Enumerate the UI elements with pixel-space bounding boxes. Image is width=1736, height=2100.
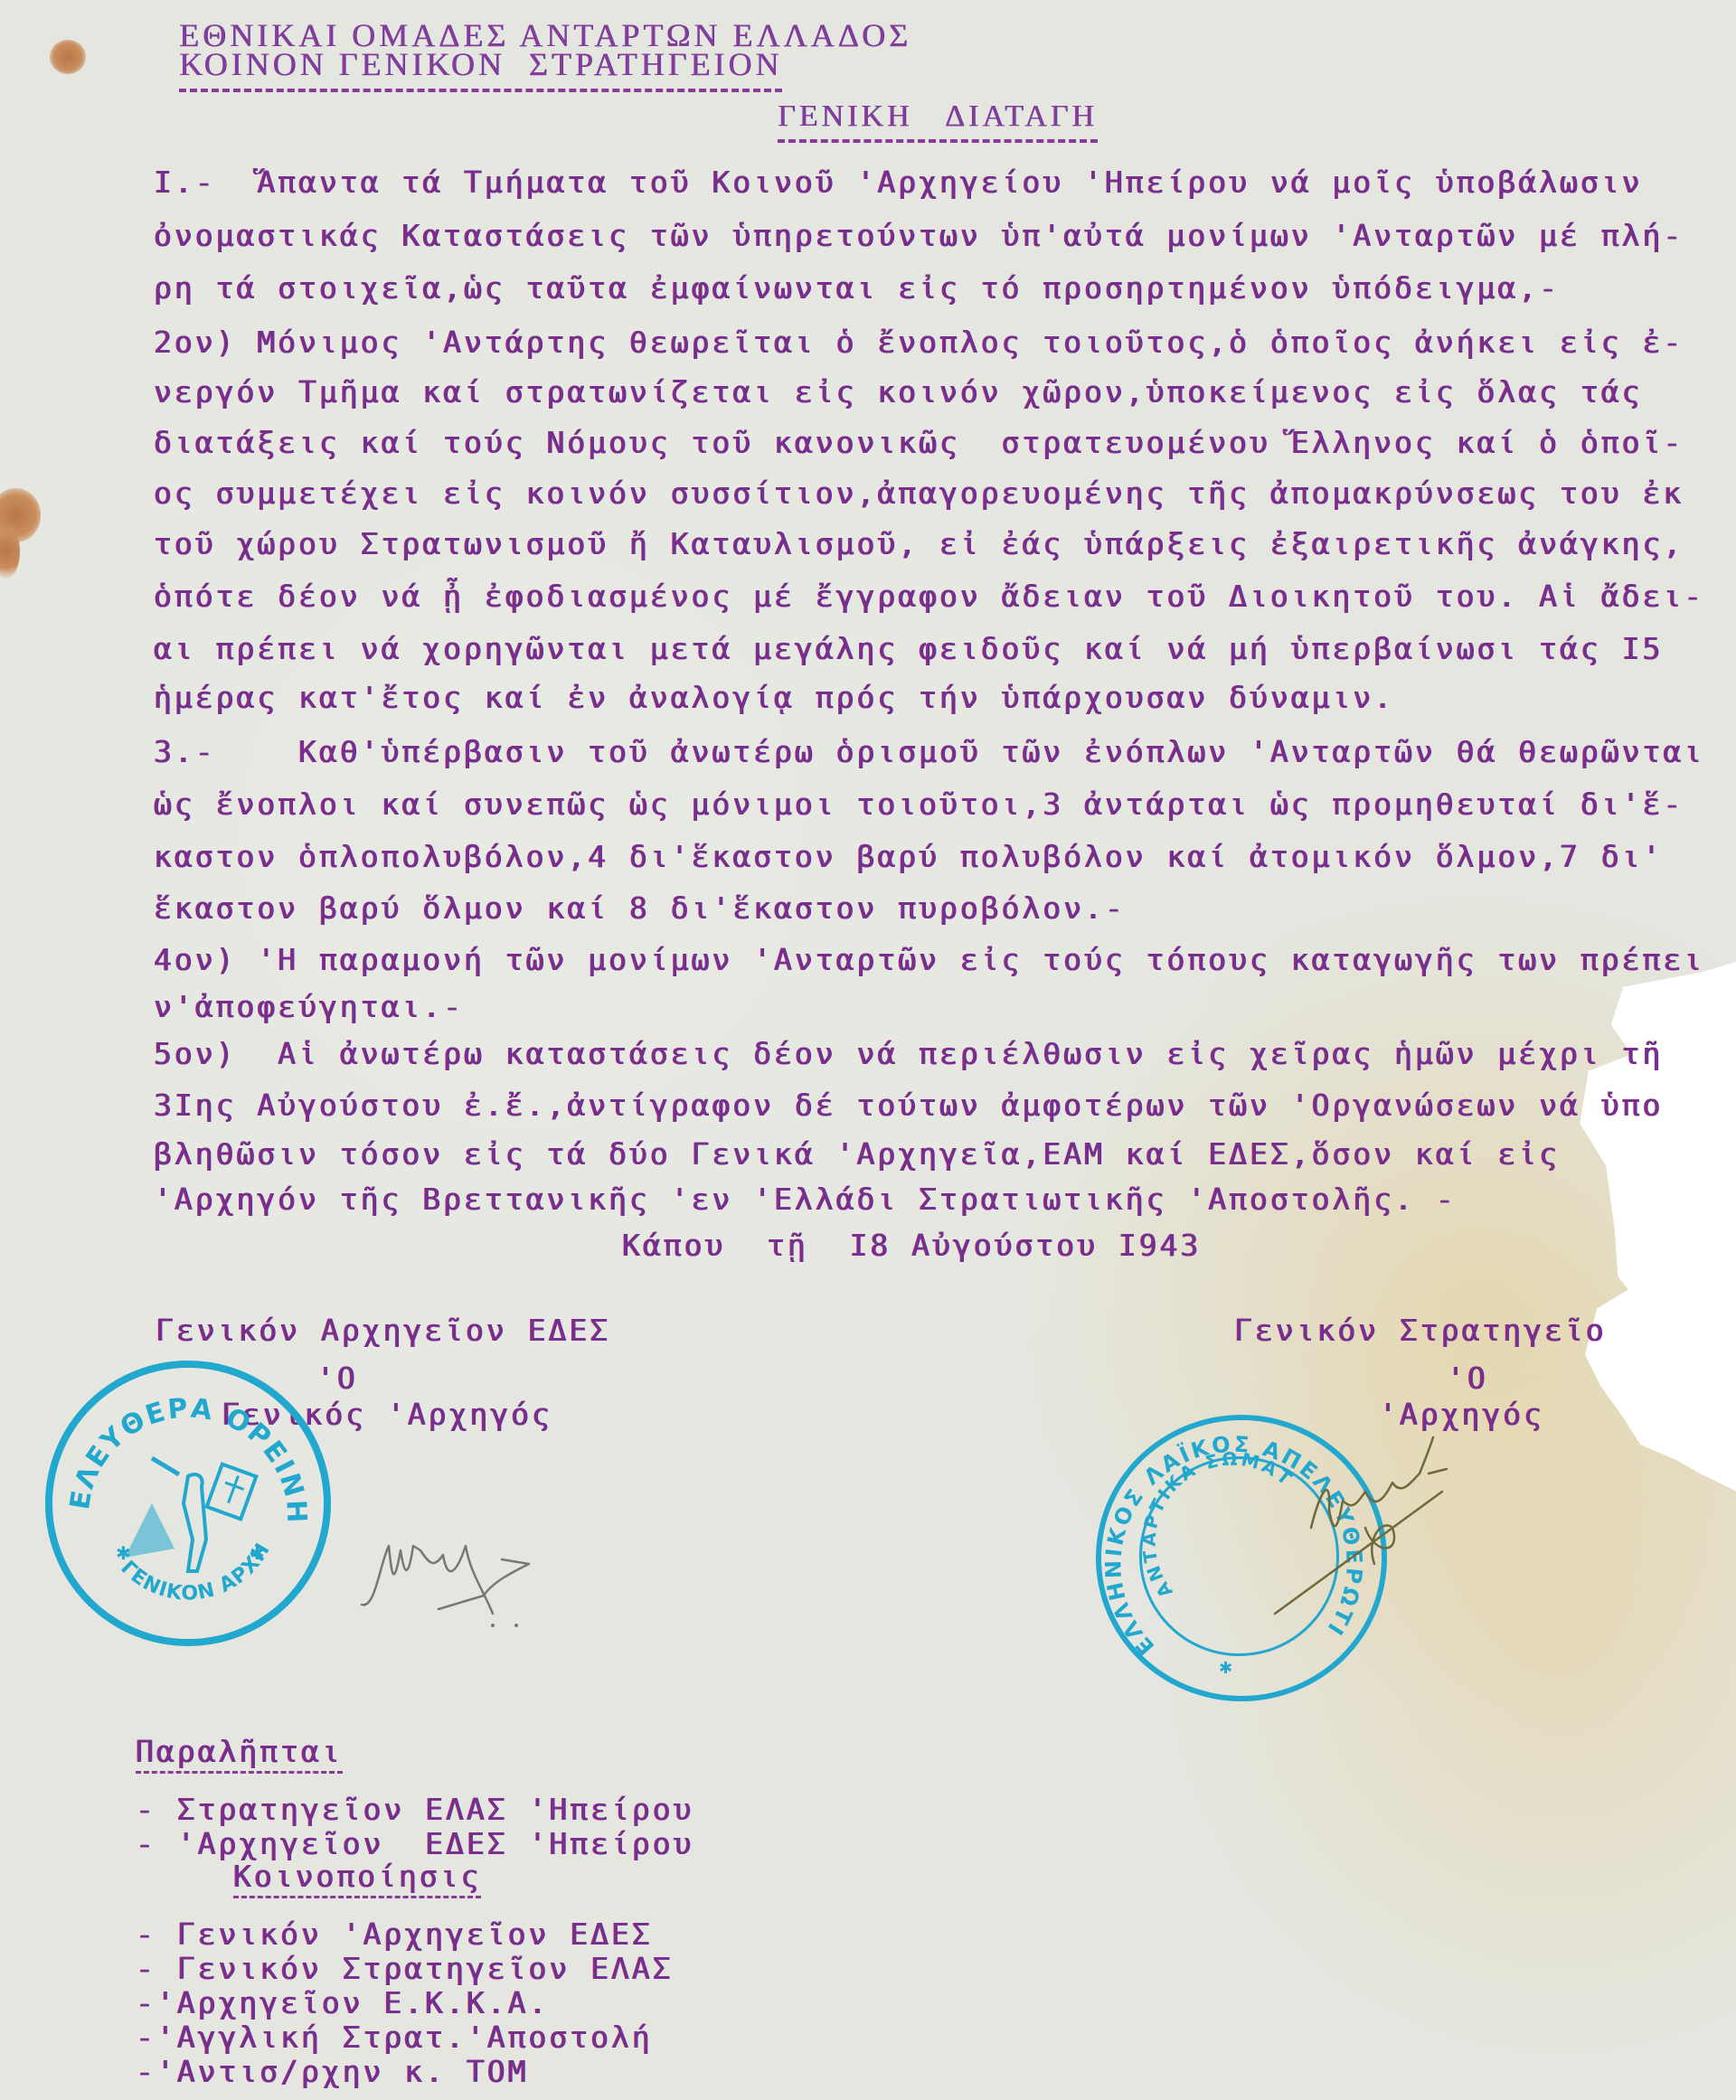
body-line: ἕκαστον βαρύ ὅλμον καί 8 δι'ἕκαστον πυρο…	[154, 890, 1126, 926]
cc-item: - Γενικόν Στρατηγεῖον ΕΛΑΣ	[136, 1951, 674, 1986]
body-line: αι πρέπει νά χορηγῶνται μετά μεγάλης φει…	[154, 631, 1663, 666]
body-line: 5ον) Αἱ ἀνωτέρω καταστάσεις δέον νά περι…	[154, 1036, 1663, 1071]
cc-item: -'Αγγλική Στρατ.'Αποστολή	[136, 2020, 653, 2055]
cc-item: -'Αντισ/ρχην κ. ΤΟΜ	[136, 2054, 529, 2089]
right-signature	[1266, 1419, 1528, 1627]
body-line: βληθῶσιν τόσον εἰς τά δύο Γενικά 'Αρχηγε…	[154, 1136, 1560, 1172]
body-line: ρη τά στοιχεῖα,ὡς ταῦτα ἐμφαίνωνται εἰς …	[154, 270, 1560, 306]
letterhead-line-2: ΚΟΙΝΟΝ ΓΕΝΙΚΟΝ ΣΤΡΑΤΗΓΕΙΟΝ	[179, 45, 782, 92]
body-line: καστον ὁπλοπολυβόλον,4 δι'ἕκαστον βαρύ π…	[154, 839, 1663, 874]
body-line: ὡς ἔνοπλοι καί συνεπῶς ὡς μόνιμοι τοιοῦτ…	[154, 786, 1684, 822]
cc-heading: Κοινοποίησις	[233, 1859, 481, 1898]
body-line: ἡμέρας κατ'ἔτος καί ἐν ἀναλογίᾳ πρός τήν…	[154, 680, 1394, 715]
body-line: διατάξεις καί τούς Νόμους τοῦ κανονικῶς …	[154, 425, 1684, 460]
body-line: ν'ἀποφεύγηται.-	[154, 989, 464, 1024]
date-line: Κάπου τῇ Ι8 Αὐγούστου Ι943	[622, 1228, 1201, 1263]
left-signatory-org: Γενικόν Αρχηγεῖον ΕΔΕΣ	[156, 1313, 610, 1348]
cc-item: - Γενικόν 'Αρχηγεῖον ΕΔΕΣ	[136, 1916, 653, 1952]
body-line: ος συμμετέχει εἰς κοινόν συσσίτιον,ἀπαγο…	[154, 476, 1684, 511]
cc-item: -'Αρχηγεῖον Ε.Κ.Κ.Α.	[136, 1985, 549, 2020]
body-line: 3Ιης Αὐγούστου ἐ.ἔ.,ἀντίγραφον δέ τούτων…	[154, 1088, 1663, 1123]
right-signatory-article: 'Ο	[1447, 1361, 1488, 1396]
body-line: 2ον) Μόνιμος 'Αντάρτης θεωρεῖται ὁ ἔνοπλ…	[154, 325, 1684, 360]
svg-text:✱: ✱	[250, 1542, 265, 1564]
left-stamp-edes: ΕΛΕΥΘΕΡΑ ΟΡΕΙΝΗ ΕΛΛΑΣ ΓΕΝΙΚΟΝ ΑΡΧΗΓΕΙΟΝ …	[45, 1361, 331, 1646]
left-signature	[357, 1510, 556, 1636]
body-line: 4ον) 'Η παραμονή τῶν μονίμων 'Ανταρτῶν ε…	[154, 942, 1704, 977]
svg-text:✱: ✱	[1219, 1659, 1232, 1678]
document-title: ΓΕΝΙΚΗ ΔΙΑΤΑΓΗ	[778, 99, 1098, 143]
body-line: 'Αρχηγόν τῆς Βρεττανικῆς 'εν 'Ελλάδι Στρ…	[154, 1182, 1457, 1217]
body-line: ὀνομαστικάς Καταστάσεις τῶν ὑπηρετούντων…	[154, 218, 1684, 253]
recipient-item: - Στρατηγεῖον ΕΛΑΣ 'Ηπείρου	[136, 1792, 693, 1827]
recipients-heading: Παραλῆπται	[136, 1734, 343, 1774]
body-line: νεργόν Τμῆμα καί στρατωνίζεται εἰς κοινό…	[154, 374, 1642, 410]
recipient-item: - 'Αρχηγεῖον ΕΔΕΣ 'Ηπείρου	[136, 1826, 693, 1861]
right-signatory-org: Γενικόν Στρατηγεῖο	[1234, 1313, 1607, 1348]
body-line: 3.- Καθ'ὑπέρβασιν τοῦ ἀνωτέρω ὁρισμοῦ τῶ…	[154, 734, 1704, 769]
body-line: τοῦ χώρου Στρατωνισμοῦ ἤ Καταυλισμοῦ, εἰ…	[154, 526, 1684, 561]
body-line: Ι.- Ἅπαντα τά Τμήματα τοῦ Κοινοῦ 'Αρχηγε…	[154, 165, 1642, 200]
body-line: ὁπότε δέον νά ᾖ ἐφοδιασμένος μέ ἔγγραφον…	[154, 579, 1704, 614]
rust-stain	[50, 40, 86, 74]
